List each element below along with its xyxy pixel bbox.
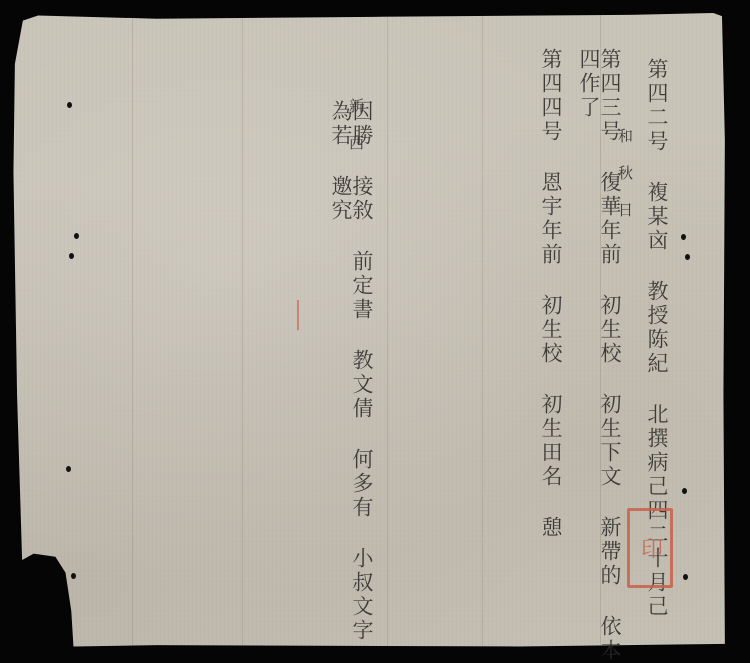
binding-hole [681,234,686,240]
binding-hole [69,253,74,259]
ruled-line [132,13,133,649]
binding-hole [683,574,688,580]
red-seal-stamp: 印 [627,508,673,588]
text-column-3: 第四三号 復華年前 初生校 初生下文 新帶的 依本 四作了 [578,48,620,663]
seal-text: 印 [635,537,666,559]
text-column-4: 第四四号 恩宇年前 初生校 初生田名 憩 [540,48,561,540]
binding-hole [71,573,76,579]
binding-hole [67,102,72,108]
ruled-line [482,13,483,649]
binding-hole [74,233,79,239]
binding-hole [685,254,690,260]
red-ink-mark [297,300,299,330]
ruled-line [387,13,388,649]
ruled-line [242,13,243,649]
binding-hole [682,488,687,494]
text-column-5: 因勝 接敘 前定書 教文倩 何多有 小叔文字 為若 邀究 [330,100,372,663]
binding-hole [66,466,71,472]
